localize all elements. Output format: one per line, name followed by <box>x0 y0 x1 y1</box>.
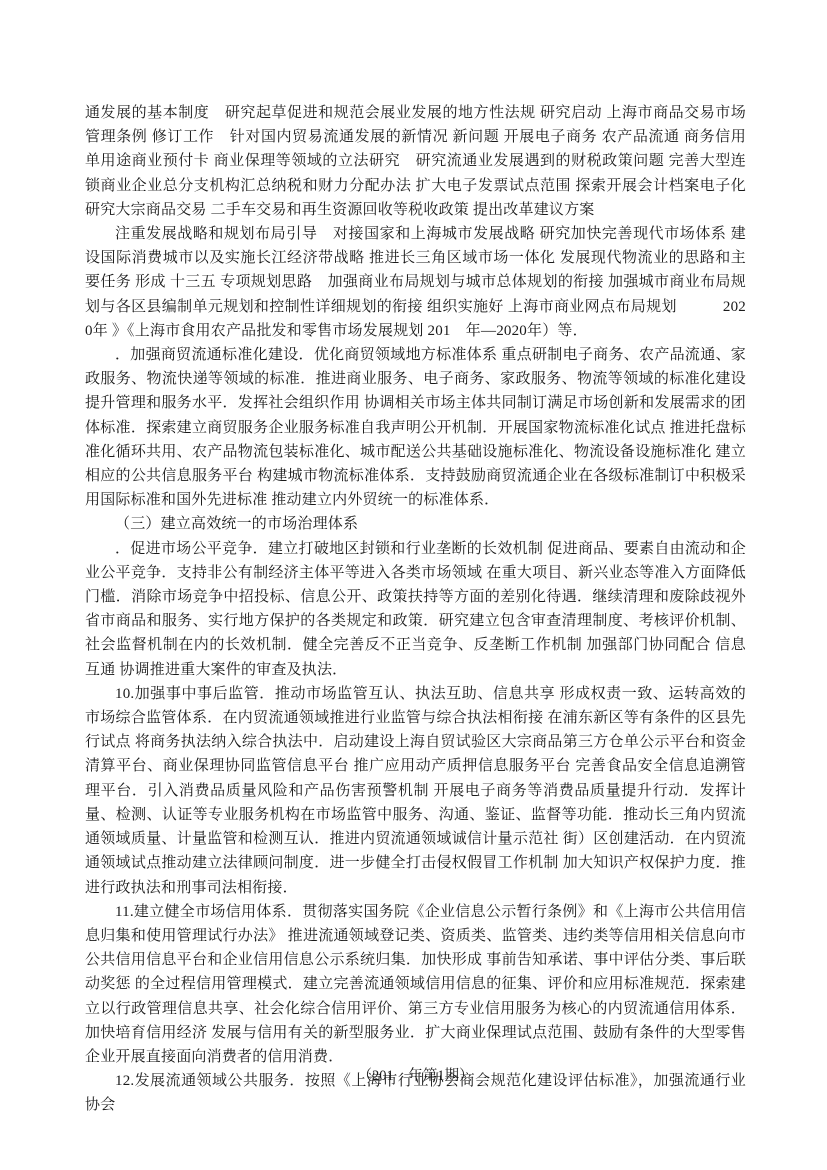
page-footer: （201 年第1期） <box>85 1064 746 1088</box>
document-page: 通发展的基本制度 研究起草促进和规范会展业发展的地方性法规 研究启动 上海市商品… <box>0 0 827 1170</box>
paragraph: 注重发展战略和规划布局引导 对接国家和上海城市发展战略 研究加快完善现代市场体系… <box>85 222 746 343</box>
section-heading: （三）建立高效统一的市场治理体系 <box>85 512 746 536</box>
paragraph: 通发展的基本制度 研究起草促进和规范会展业发展的地方性法规 研究启动 上海市商品… <box>85 101 746 222</box>
paragraph: 10.加强事中事后监管．推动市场监管互认、执法互助、信息共享 形成权责一致、运转… <box>85 682 746 900</box>
text-block: 通发展的基本制度 研究起草促进和规范会展业发展的地方性法规 研究启动 上海市商品… <box>85 101 746 1118</box>
paragraph: 11.建立健全市场信用体系．贯彻落实国务院《企业信息公示暂行条例》和《上海市公共… <box>85 900 746 1069</box>
paragraph: ．促进市场公平竞争．建立打破地区封锁和行业垄断的长效机制 促进商品、要素自由流动… <box>85 537 746 682</box>
paragraph: ．加强商贸流通标准化建设．优化商贸领域地方标准体系 重点研制电子商务、农产品流通… <box>85 343 746 512</box>
